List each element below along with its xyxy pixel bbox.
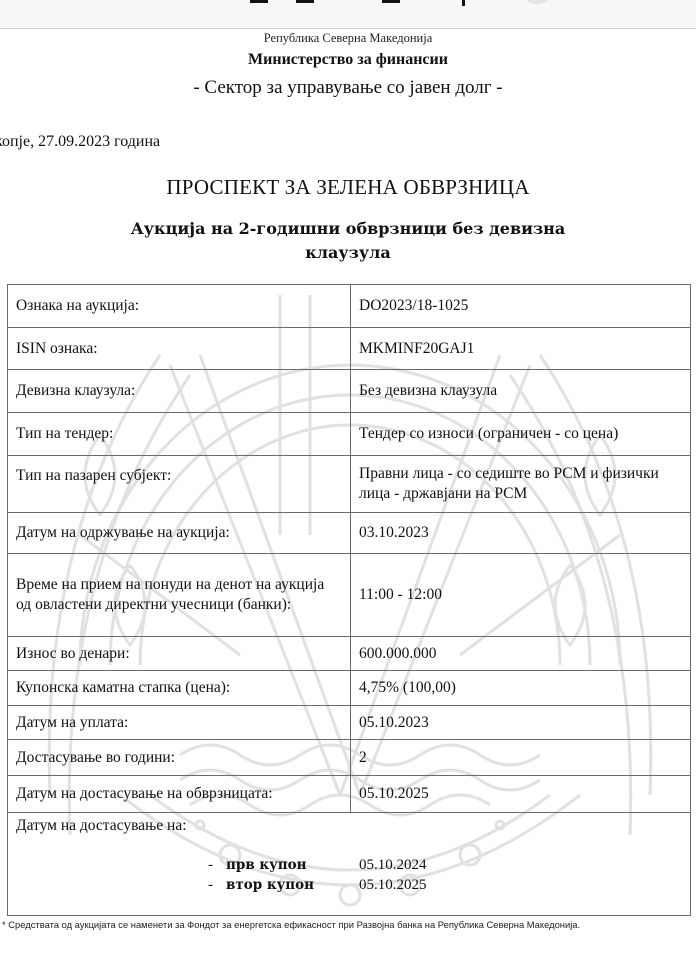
- coupon-date: 05.10.2024: [359, 855, 427, 875]
- row-label: Достасување во години:: [8, 740, 351, 776]
- table-row: Достасување во години: 2: [8, 740, 691, 776]
- table-row: Ознака на аукција: DO2023/18-1025: [8, 285, 691, 328]
- table-row: Датум на достасување на обврзницата: 05.…: [8, 776, 691, 813]
- document-subtitle: Аукција на 2-годишни обврзници без девиз…: [130, 217, 566, 265]
- table-row: Време на прием на понуди на денот на аук…: [8, 554, 691, 637]
- row-value: DO2023/18-1025: [351, 285, 691, 328]
- row-label: Датум на одржување на аукција:: [8, 513, 351, 554]
- row-label: Купонска каматна стапка (цена):: [8, 671, 351, 706]
- row-value: 05.10.2025: [351, 776, 691, 813]
- document-title: ПРОСПЕКТ ЗА ЗЕЛЕНА ОБВРЗНИЦА: [0, 175, 696, 200]
- table-row: Износ во денари: 600.000.000: [8, 637, 691, 671]
- row-value: Тендер со износи (ограничен - со цена): [351, 413, 691, 456]
- header-ministry: Министерство за финансии: [0, 51, 696, 69]
- row-value: Без девизна клаузула: [351, 370, 691, 413]
- maturity-label: Датум на достасување на:: [16, 816, 187, 836]
- document-page: Република Северна Македонија Министерств…: [0, 0, 696, 975]
- row-value: Правни лица - со седиште во РСМ и физичк…: [351, 456, 691, 513]
- row-value: 03.10.2023: [351, 513, 691, 554]
- auction-details-table: Ознака на аукција: DO2023/18-1025 ISIN о…: [7, 284, 691, 916]
- coupon-name: прв купон: [226, 855, 307, 875]
- table-row: Датум на уплата: 05.10.2023: [8, 706, 691, 740]
- row-value: 05.10.2023: [351, 706, 691, 740]
- table-row: Тип на тендер: Тендер со износи (огранич…: [8, 413, 691, 456]
- coupon-name: втор купон: [226, 875, 314, 895]
- place-and-date: копје, 27.09.2023 година: [0, 133, 160, 151]
- table-row: Купонска каматна стапка (цена): 4,75% (1…: [8, 671, 691, 706]
- row-label: Тип на тендер:: [8, 413, 351, 456]
- row-label: Ознака на аукција:: [8, 285, 351, 328]
- table-row: Тип на пазарен субјект: Правни лица - со…: [8, 456, 691, 513]
- header-sector: - Сектор за управување со јавен долг -: [0, 77, 696, 99]
- row-label: Време на прием на понуди на денот на аук…: [8, 554, 351, 637]
- row-value: 2: [351, 740, 691, 776]
- table-row: Девизна клаузула: Без девизна клаузула: [8, 370, 691, 413]
- header-republic: Република Северна Македонија: [0, 31, 696, 46]
- coupon-date: 05.10.2025: [359, 875, 427, 895]
- footnote: * Средствата од аукцијата се наменети за…: [2, 919, 580, 930]
- row-value: 11:00 - 12:00: [351, 554, 691, 637]
- row-label: ISIN ознака:: [8, 328, 351, 370]
- row-value: 600.000.000: [351, 637, 691, 671]
- coupon-bullet: -: [208, 875, 213, 895]
- row-label: Износ во денари:: [8, 637, 351, 671]
- row-value: 4,75% (100,00): [351, 671, 691, 706]
- row-label: Девизна клаузула:: [8, 370, 351, 413]
- table-row: Датум на одржување на аукција: 03.10.202…: [8, 513, 691, 554]
- coupon-bullet: -: [208, 855, 213, 875]
- row-value: MKMINF20GAJ1: [351, 328, 691, 370]
- row-label: Датум на уплата:: [8, 706, 351, 740]
- maturity-cell: Датум на достасување на: - прв купон 05.…: [8, 813, 691, 916]
- row-label: Тип на пазарен субјект:: [8, 456, 351, 513]
- table-row: ISIN ознака: MKMINF20GAJ1: [8, 328, 691, 370]
- maturity-row: Датум на достасување на: - прв купон 05.…: [8, 813, 691, 916]
- row-label: Датум на достасување на обврзницата:: [8, 776, 351, 813]
